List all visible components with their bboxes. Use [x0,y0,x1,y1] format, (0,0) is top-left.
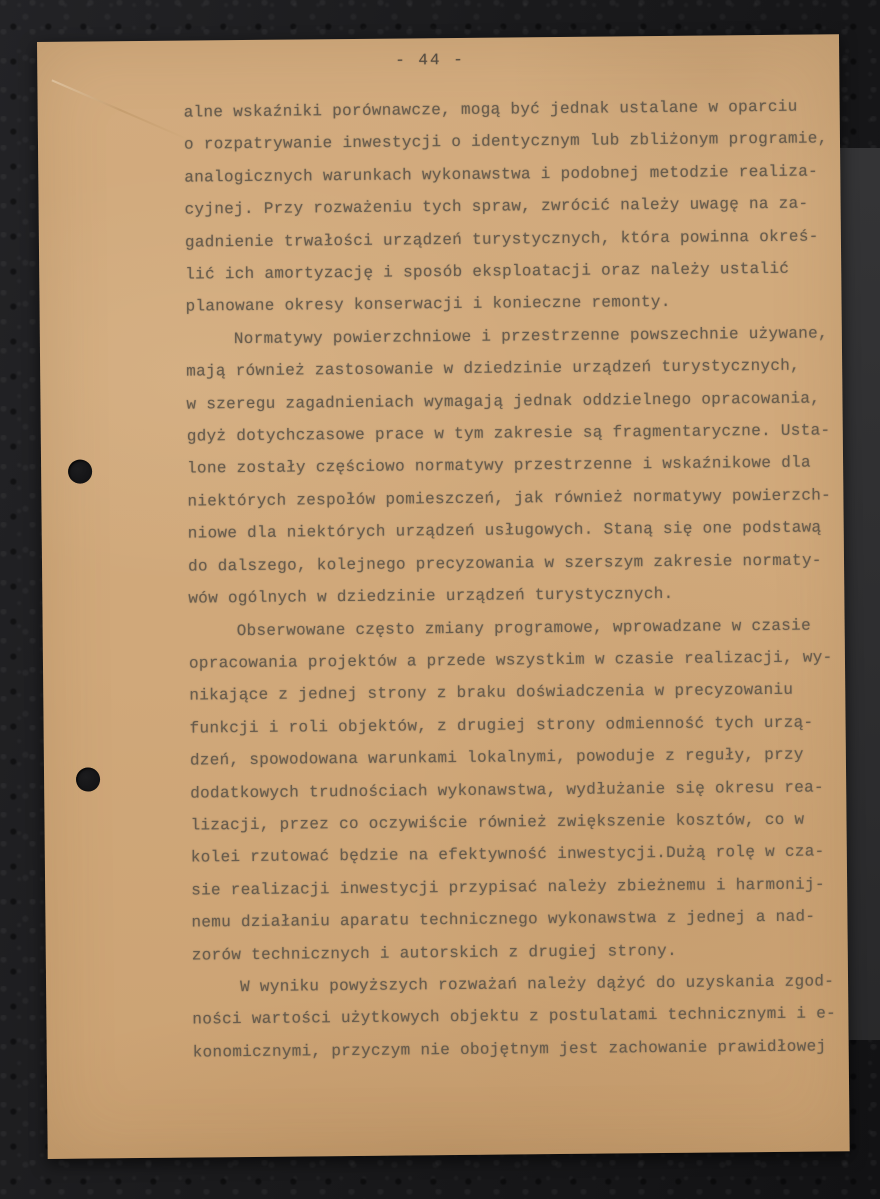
page-number: - 44 - [395,51,465,70]
punch-hole-bottom [76,767,100,791]
scan-background: - 44 - alne wskaźniki porównawcze, mogą … [0,0,880,1199]
document-text: alne wskaźniki porównawcze, mogą być jed… [184,90,865,1069]
paragraph: Obserwowane często zmiany programowe, wp… [189,609,864,972]
document-page: - 44 - alne wskaźniki porównawcze, mogą … [37,34,850,1159]
paragraph: Normatywy powierzchniowe i przestrzenne … [186,317,861,615]
paragraph: alne wskaźniki porównawcze, mogą być jed… [184,90,858,323]
paragraph: W wyniku powyższych rozważań należy dąży… [192,965,865,1069]
text-line: do dalszego, kolejnego precyzowania w sz… [188,544,860,583]
paper-crease [51,79,189,141]
punch-hole-top [68,459,92,483]
text-line: nemu działaniu aparatu technicznego wyko… [191,900,863,939]
text-line: konomicznymi, przyczym nie obojętnym jes… [193,1030,865,1069]
